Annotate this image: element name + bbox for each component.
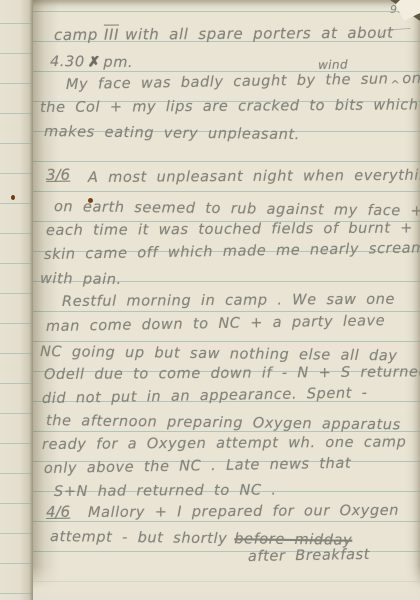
- camp-numeral: III: [104, 26, 119, 44]
- diary-line-17: ready for a Oxygen attempt wh. one camp: [42, 434, 407, 454]
- notebook-page: 95 campIIIwith all spare porters at abou…: [0, 0, 420, 600]
- diary-line-11: Restful morning in camp . We saw one: [62, 292, 395, 312]
- ink-speck: [11, 195, 15, 200]
- inserted-word-wind: wind: [318, 57, 348, 72]
- diary-line-20: Mallory + I prepared for our Oxygen: [88, 503, 399, 523]
- diary-line-14: Odell due to come down if - N + S return…: [44, 364, 420, 384]
- diary-line-04: the Col + my lips are cracked to bits wh…: [40, 97, 419, 117]
- diary-text: pm.: [103, 55, 133, 71]
- entry-date-4-6: 4/6: [46, 503, 70, 521]
- diary-line-01: campIIIwith all spare porters at about: [54, 24, 394, 44]
- scribbled-out-word: ✗: [88, 54, 101, 70]
- diary-text: attempt - but shortly: [50, 529, 227, 547]
- diary-text: with all spare porters at about: [125, 24, 394, 44]
- diary-line-10: with pain.: [40, 271, 122, 289]
- diary-text: camp: [54, 26, 98, 44]
- diary-line-06: A most unpleasant night when everything: [88, 168, 420, 188]
- correction-after-breakfast: after Breakfast: [248, 547, 370, 567]
- diary-line-08: each time it was touched fields of burnt…: [46, 220, 420, 240]
- page-bottom-fade: [33, 566, 420, 600]
- entry-date-3-6: 3/6: [46, 166, 70, 184]
- diary-line-05: makes eating very unpleasant.: [44, 124, 300, 145]
- strikethrough-before-midday: before midday: [234, 531, 352, 548]
- facing-page-edge: [0, 0, 33, 600]
- diary-line-02: 4.30✗pm.: [50, 54, 133, 72]
- diary-text: on: [402, 71, 420, 87]
- diary-text: 4.30: [50, 54, 85, 70]
- diary-line-19: S+N had returned to NC .: [54, 482, 277, 501]
- insertion-caret: ^: [390, 78, 400, 91]
- diary-line-21: attempt - but shortlybefore midday: [50, 529, 352, 550]
